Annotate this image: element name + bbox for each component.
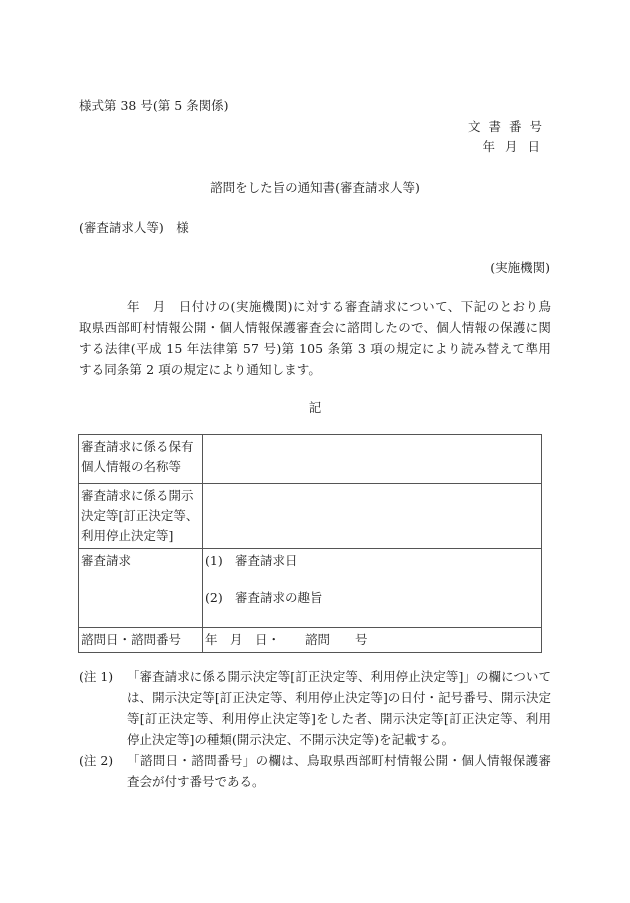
row-label: 諮問日・諮問番号: [79, 628, 203, 653]
item-text: 審査請求の趣旨: [235, 590, 323, 605]
note-text: 「諮問日・諮問番号」の欄は、鳥取県西部町村情報公開・個人情報保護審査会が付す番号…: [127, 750, 551, 792]
row-value: 年 月 日・ 諮問 号: [203, 628, 542, 653]
ki-heading: 記: [0, 398, 630, 416]
item-number: (1): [205, 551, 235, 571]
row-value: (1)審査請求日 (2)審査請求の趣旨: [203, 549, 542, 628]
notes: (注 1) 「審査請求に係る開示決定等[訂正決定等、利用停止決定等]」の欄につい…: [79, 666, 551, 792]
table-row: 諮問日・諮問番号 年 月 日・ 諮問 号: [79, 628, 542, 653]
sender: (実施機関): [490, 258, 550, 276]
document-number-label: 文書番号: [468, 117, 550, 135]
body-paragraph: 年 月 日付けの(実施機関)に対する審査請求について、下記のとおり鳥取県西部町村…: [79, 296, 551, 380]
item-number: (2): [205, 588, 235, 608]
document-title: 諮問をした旨の通知書(審査請求人等): [0, 178, 630, 196]
item-text: 審査請求日: [235, 553, 298, 568]
table-row: 審査請求 (1)審査請求日 (2)審査請求の趣旨: [79, 549, 542, 628]
row-label: 審査請求に係る保有個人情報の名称等: [79, 435, 203, 484]
row-value: [203, 435, 542, 484]
date-label: 年月日: [482, 137, 550, 155]
review-item: (2)審査請求の趣旨: [205, 588, 539, 608]
table-row: 審査請求に係る保有個人情報の名称等: [79, 435, 542, 484]
review-item: (1)審査請求日: [205, 551, 539, 571]
note-text: 「審査請求に係る開示決定等[訂正決定等、利用停止決定等]」の欄については、開示決…: [127, 666, 551, 750]
row-label: 審査請求に係る開示決定等[訂正決定等、利用停止決定等]: [79, 484, 203, 549]
row-label: 審査請求: [79, 549, 203, 628]
row-value: [203, 484, 542, 549]
note: (注 2) 「諮問日・諮問番号」の欄は、鳥取県西部町村情報公開・個人情報保護審査…: [79, 750, 551, 792]
addressee: (審査請求人等) 様: [79, 218, 189, 236]
note: (注 1) 「審査請求に係る開示決定等[訂正決定等、利用停止決定等]」の欄につい…: [79, 666, 551, 750]
form-number: 様式第 38 号(第 5 条関係): [79, 96, 229, 114]
note-label: (注 2): [79, 750, 127, 792]
table-row: 審査請求に係る開示決定等[訂正決定等、利用停止決定等]: [79, 484, 542, 549]
note-label: (注 1): [79, 666, 127, 750]
info-table: 審査請求に係る保有個人情報の名称等 審査請求に係る開示決定等[訂正決定等、利用停…: [78, 434, 542, 653]
